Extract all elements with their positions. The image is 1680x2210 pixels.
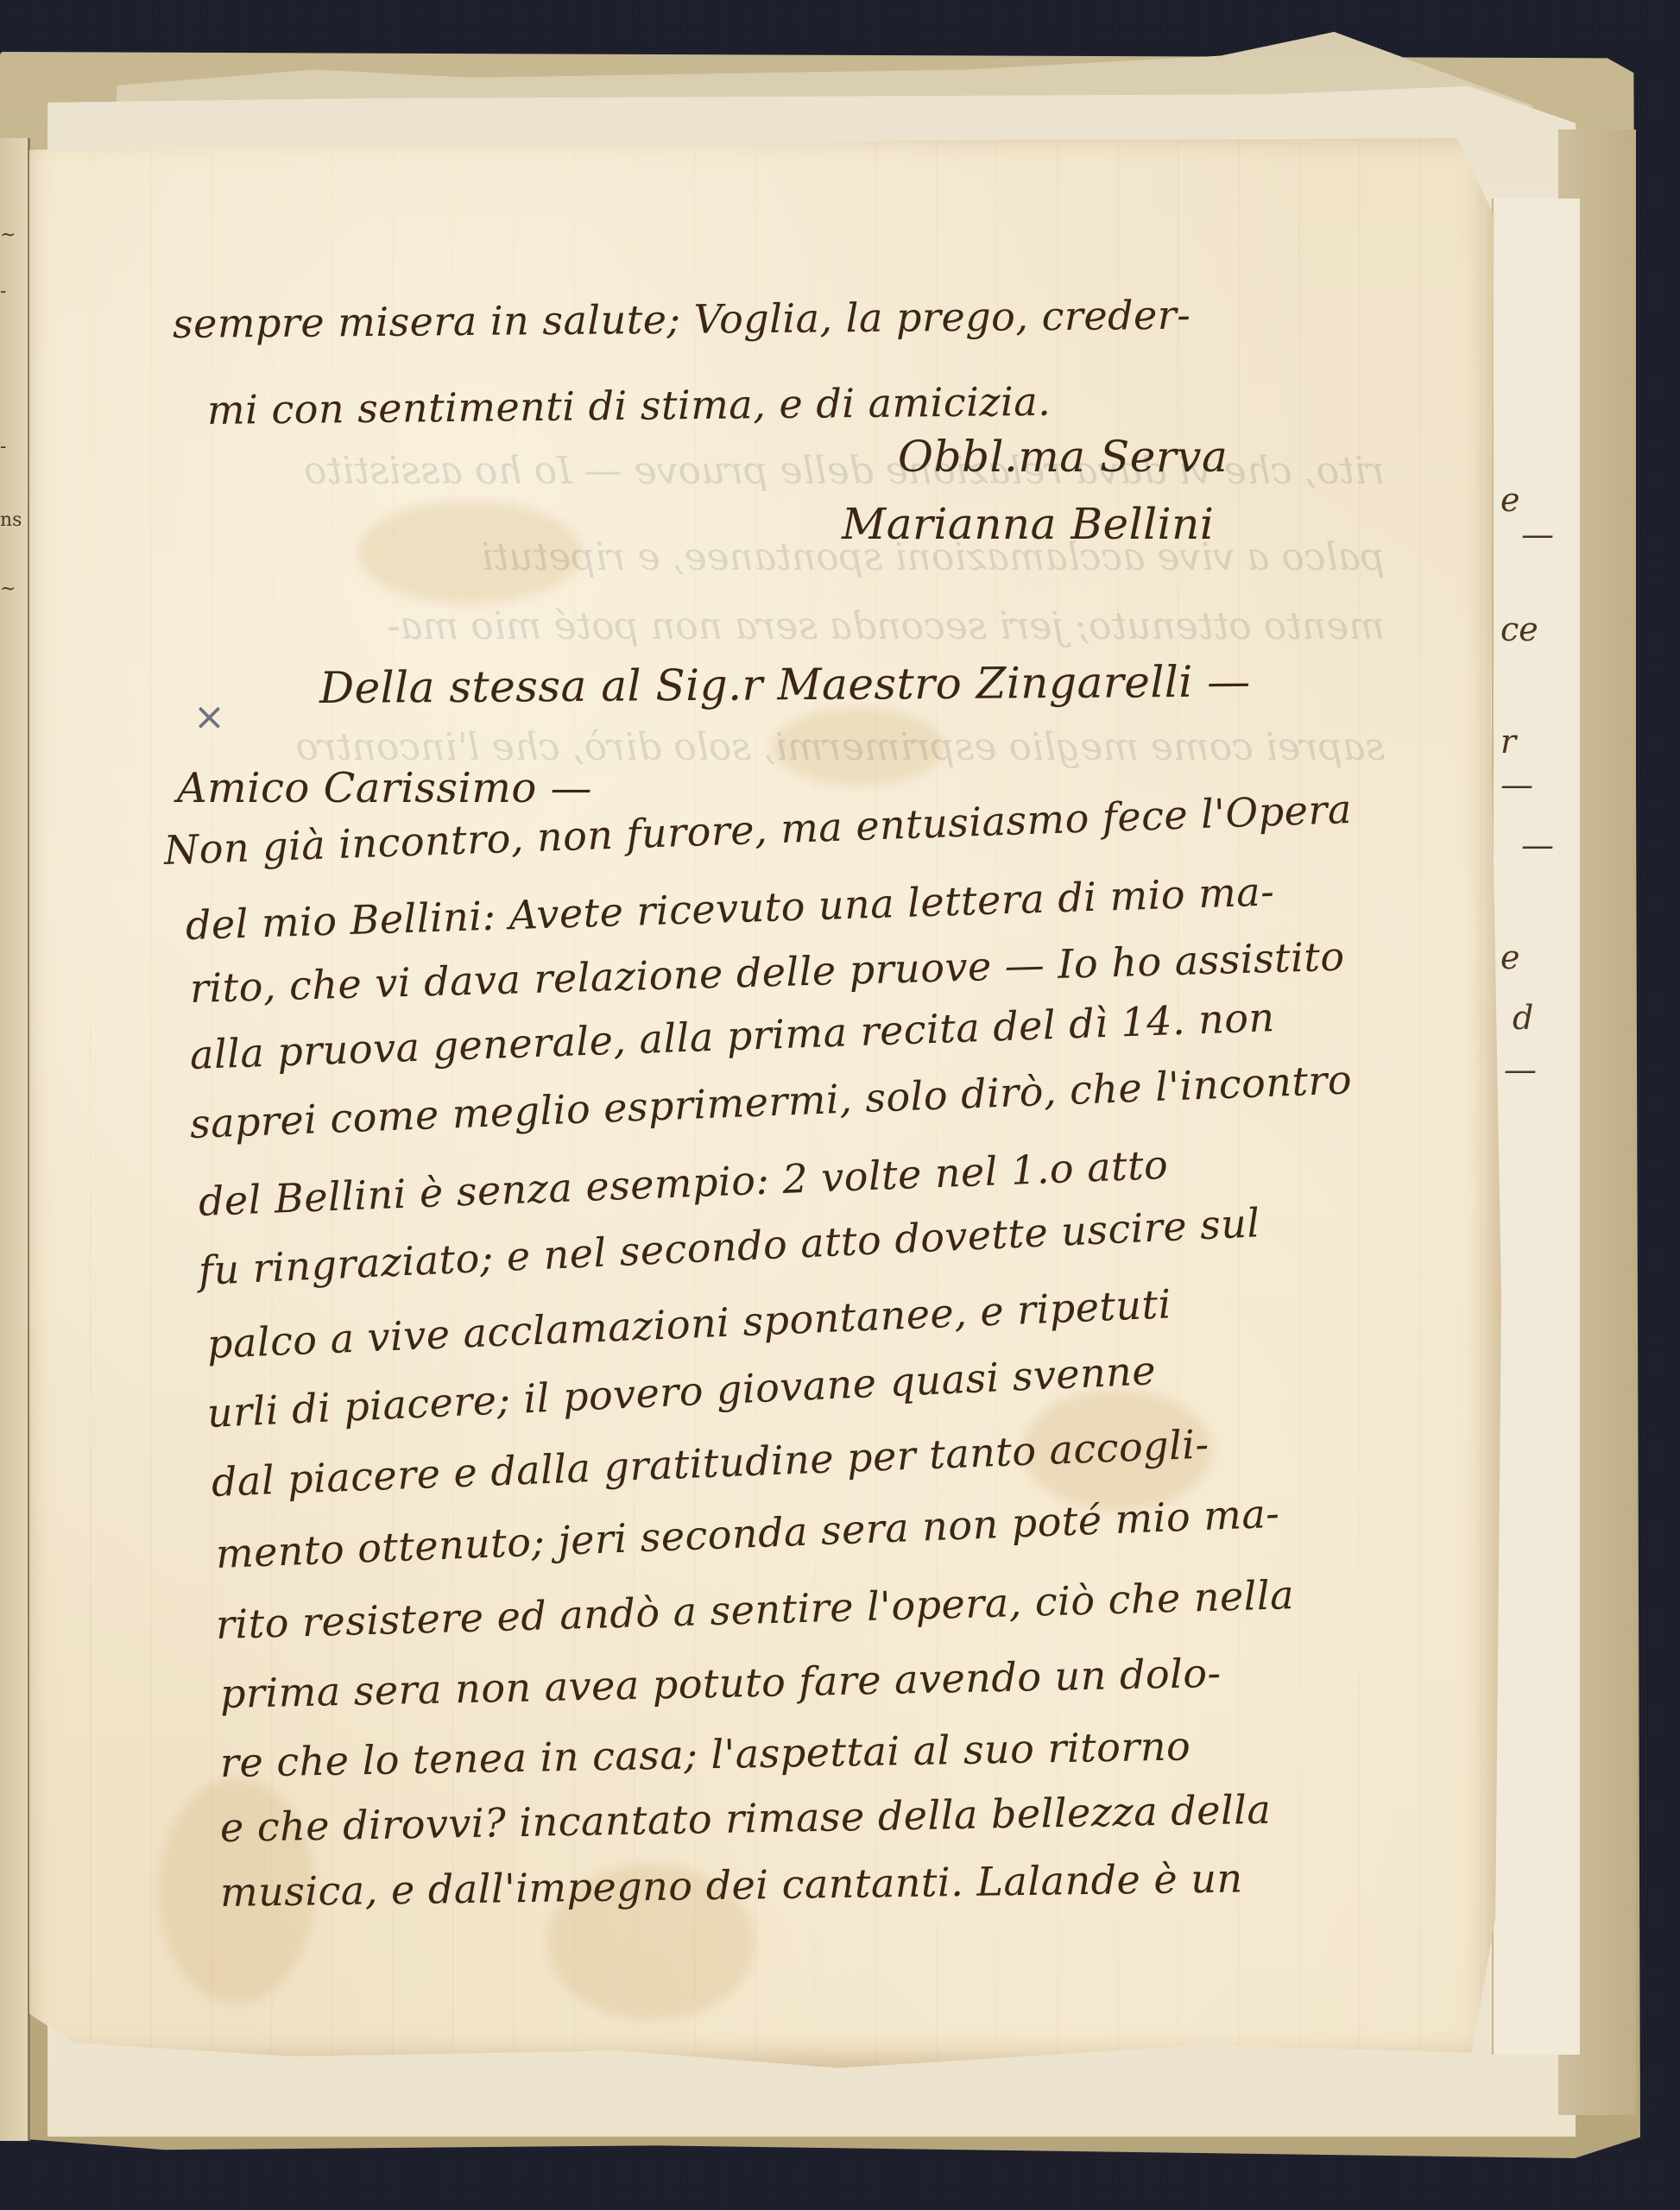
fragment: — bbox=[1500, 768, 1533, 801]
fragment: r bbox=[1500, 725, 1516, 758]
fragment: — bbox=[1521, 518, 1554, 551]
show-through-text: saprei come meglio esprimermi, solo dirò… bbox=[133, 725, 1385, 769]
closing-line-2: mi con sentimenti di stima, e di amicizi… bbox=[207, 378, 1052, 433]
signature-title: Obbl.ma Serva bbox=[898, 432, 1228, 482]
closing-line-1: sempre misera in salute; Voglia, la preg… bbox=[173, 292, 1191, 347]
underlying-page-text-fragments: e — ce r — — e d — bbox=[1495, 483, 1573, 1692]
show-through-text: mento ottenuto; jeri seconda sera non po… bbox=[133, 604, 1385, 648]
margin-cross-mark: × bbox=[193, 695, 225, 739]
fragment: e bbox=[1500, 941, 1520, 974]
fragment: — bbox=[1504, 1053, 1537, 1086]
fragment: ce bbox=[1500, 613, 1538, 646]
signature-name: Marianna Bellini bbox=[842, 499, 1214, 549]
fragment: d bbox=[1513, 1001, 1533, 1034]
letter-salutation: Amico Carissimo — bbox=[177, 764, 592, 812]
fragment: e bbox=[1500, 483, 1520, 516]
fragment: — bbox=[1521, 829, 1554, 862]
previous-page-ink-marks: ~ - - ns ~ bbox=[0, 224, 28, 1519]
letter-heading: Della stessa al Sig.r Maestro Zingarelli… bbox=[319, 656, 1251, 713]
